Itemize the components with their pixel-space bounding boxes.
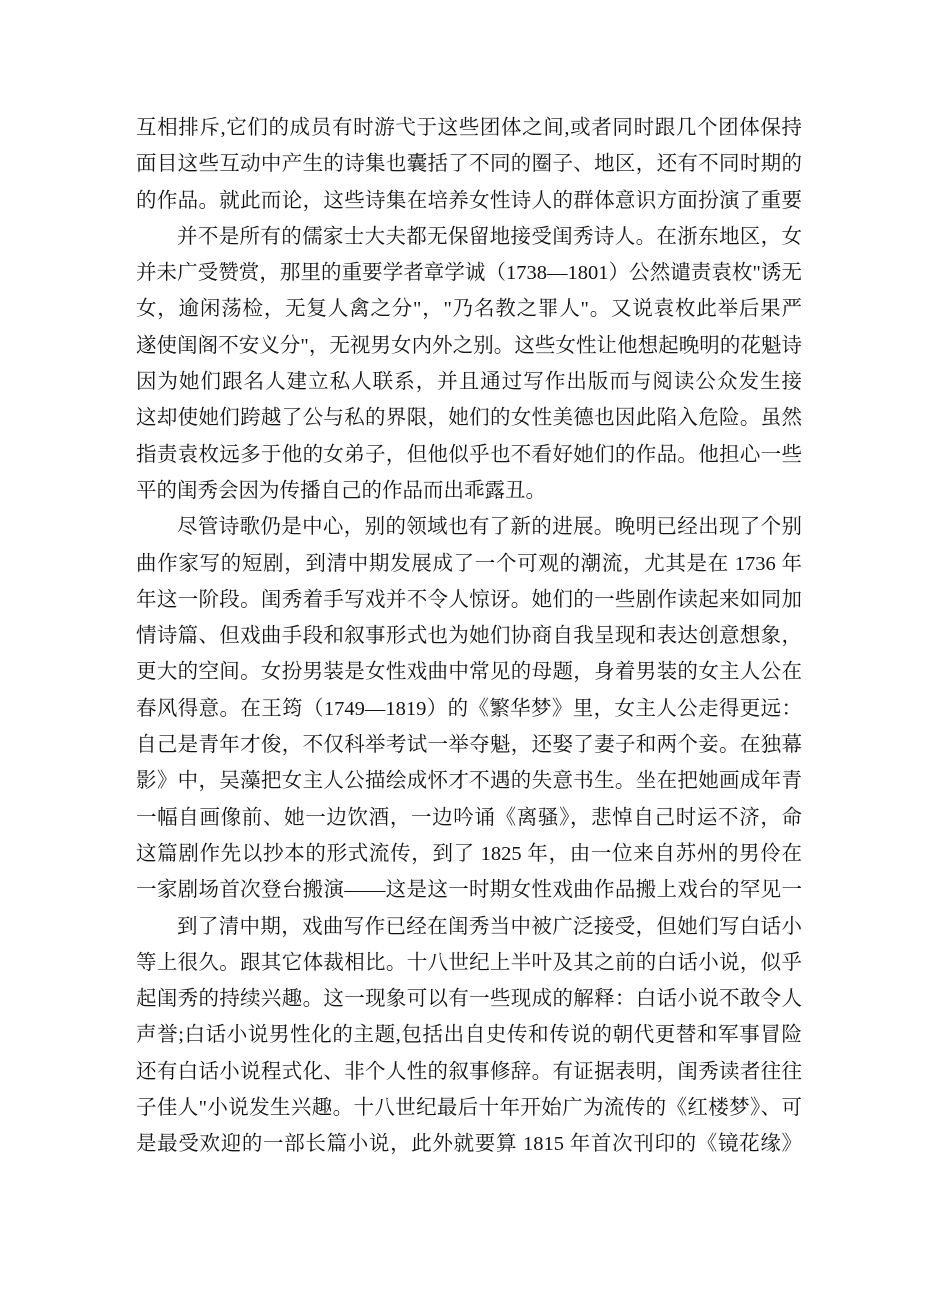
text-line: 更大的空间。女扮男装是女性戏曲中常见的母题，身着男装的女主人公在科场上 bbox=[136, 654, 802, 690]
text-line: 这篇剧作先以抄本的形式流传，到了 1825 年，由一位来自苏州的男伶在上海的 bbox=[136, 836, 802, 872]
text-line: 一家剧场首次登台搬演——这是这一时期女性戏曲作品搬上戏台的罕见一例。 bbox=[136, 872, 802, 908]
text-line: 女，逾闲荡检，无复人禽之分"，"乃名教之罪人"。又说袁枚此举后果严重，" bbox=[136, 291, 802, 327]
document-text-block: 互相排斥,它们的成员有时游弋于这些团体之间,或者同时跟几个团体保持关系。面目这些… bbox=[136, 110, 802, 1163]
text-line: 到了清中期，戏曲写作已经在闺秀当中被广泛接受，但她们写白话小说还得 bbox=[136, 909, 802, 945]
text-line: 这却使她们跨越了公与私的界限，她们的女性美德也因此陷入危险。虽然章学诚 bbox=[136, 400, 802, 436]
document-page: 互相排斥,它们的成员有时游弋于这些团体之间,或者同时跟几个团体保持关系。面目这些… bbox=[0, 0, 926, 1309]
text-line: 影》中，吴藻把女主人公描绘成怀才不遇的失意书生。坐在把她画成年青书生的 bbox=[136, 763, 802, 799]
text-line: 互相排斥,它们的成员有时游弋于这些团体之间,或者同时跟几个团体保持关系。 bbox=[136, 110, 802, 146]
text-line: 是最受欢迎的一部长篇小说，此外就要算 1815 年首次刊印的《镜花缘》了，其 bbox=[136, 1126, 802, 1162]
text-line: 声誉;白话小说男性化的主题,包括出自史传和传说的朝代更替和军事冒险等等; bbox=[136, 1017, 802, 1053]
text-line: 并未广受赞赏，那里的重要学者章学诚（1738—1801）公然谴责袁枚"诱无知士 bbox=[136, 255, 802, 291]
text-line: 春风得意。在王筠（1749—1819）的《繁华梦》里，女主人公走得更远：她梦见 bbox=[136, 691, 802, 727]
text-line: 自己是青年才俊，不仅科举考试一举夺魁，还娶了妻子和两个妾。在独幕剧《乔 bbox=[136, 727, 802, 763]
text-line: 情诗篇、但戏曲手段和叙事形式也为她们协商自我呈现和表达创意想象，提供了 bbox=[136, 618, 802, 654]
text-line: 一幅自画像前、她一边饮酒，一边吟诵《离骚》，悲悼自己时运不济，命途多舛。 bbox=[136, 800, 802, 836]
text-line: 还有白话小说程式化、非个人性的叙事修辞。有证据表明，闺秀读者往往对"才 bbox=[136, 1054, 802, 1090]
text-line: 因为她们跟名人建立私人联系，并且通过写作出版而与阅读公众发生接触。然而 bbox=[136, 364, 802, 400]
text-line: 指责袁枚远多于他的女弟子，但他似乎也不看好她们的作品。他担心一些才情平 bbox=[136, 437, 802, 473]
text-line: 面目这些互动中产生的诗集也囊括了不同的圈子、地区，还有不同时期的女诗人 bbox=[136, 146, 802, 182]
text-line: 曲作家写的短剧，到清中期发展成了一个可观的潮流，尤其是在 1736 年至 184… bbox=[136, 546, 802, 582]
text-line: 平的闺秀会因为传播自己的作品而出乖露丑。 bbox=[136, 473, 802, 509]
text-line: 等上很久。跟其它体裁相比。十八世纪上半叶及其之前的白话小说，似乎很少引 bbox=[136, 945, 802, 981]
text-line: 并不是所有的儒家士大夫都无保留地接受闺秀诗人。在浙东地区，女性文学 bbox=[136, 219, 802, 255]
text-line: 尽管诗歌仍是中心，别的领域也有了新的进展。晚明已经出现了个别女性戏 bbox=[136, 509, 802, 545]
text-line: 的作品。就此而论，这些诗集在培养女性诗人的群体意识方面扮演了重要角色。 bbox=[136, 183, 802, 219]
text-line: 遂使闺阁不安义分"，无视男女内外之别。这些女性让他想起晚明的花魁诗人， bbox=[136, 328, 802, 364]
text-line: 起闺秀的持续兴趣。这一现象可以有一些现成的解释：白话小说不敢令人恭维的 bbox=[136, 981, 802, 1017]
text-line: 年这一阶段。闺秀着手写戏并不令人惊讶。她们的一些剧作读起来如同加长的抒 bbox=[136, 582, 802, 618]
text-line: 子佳人"小说发生兴趣。十八世纪最后十年开始广为流传的《红楼梦》、可以说 bbox=[136, 1090, 802, 1126]
